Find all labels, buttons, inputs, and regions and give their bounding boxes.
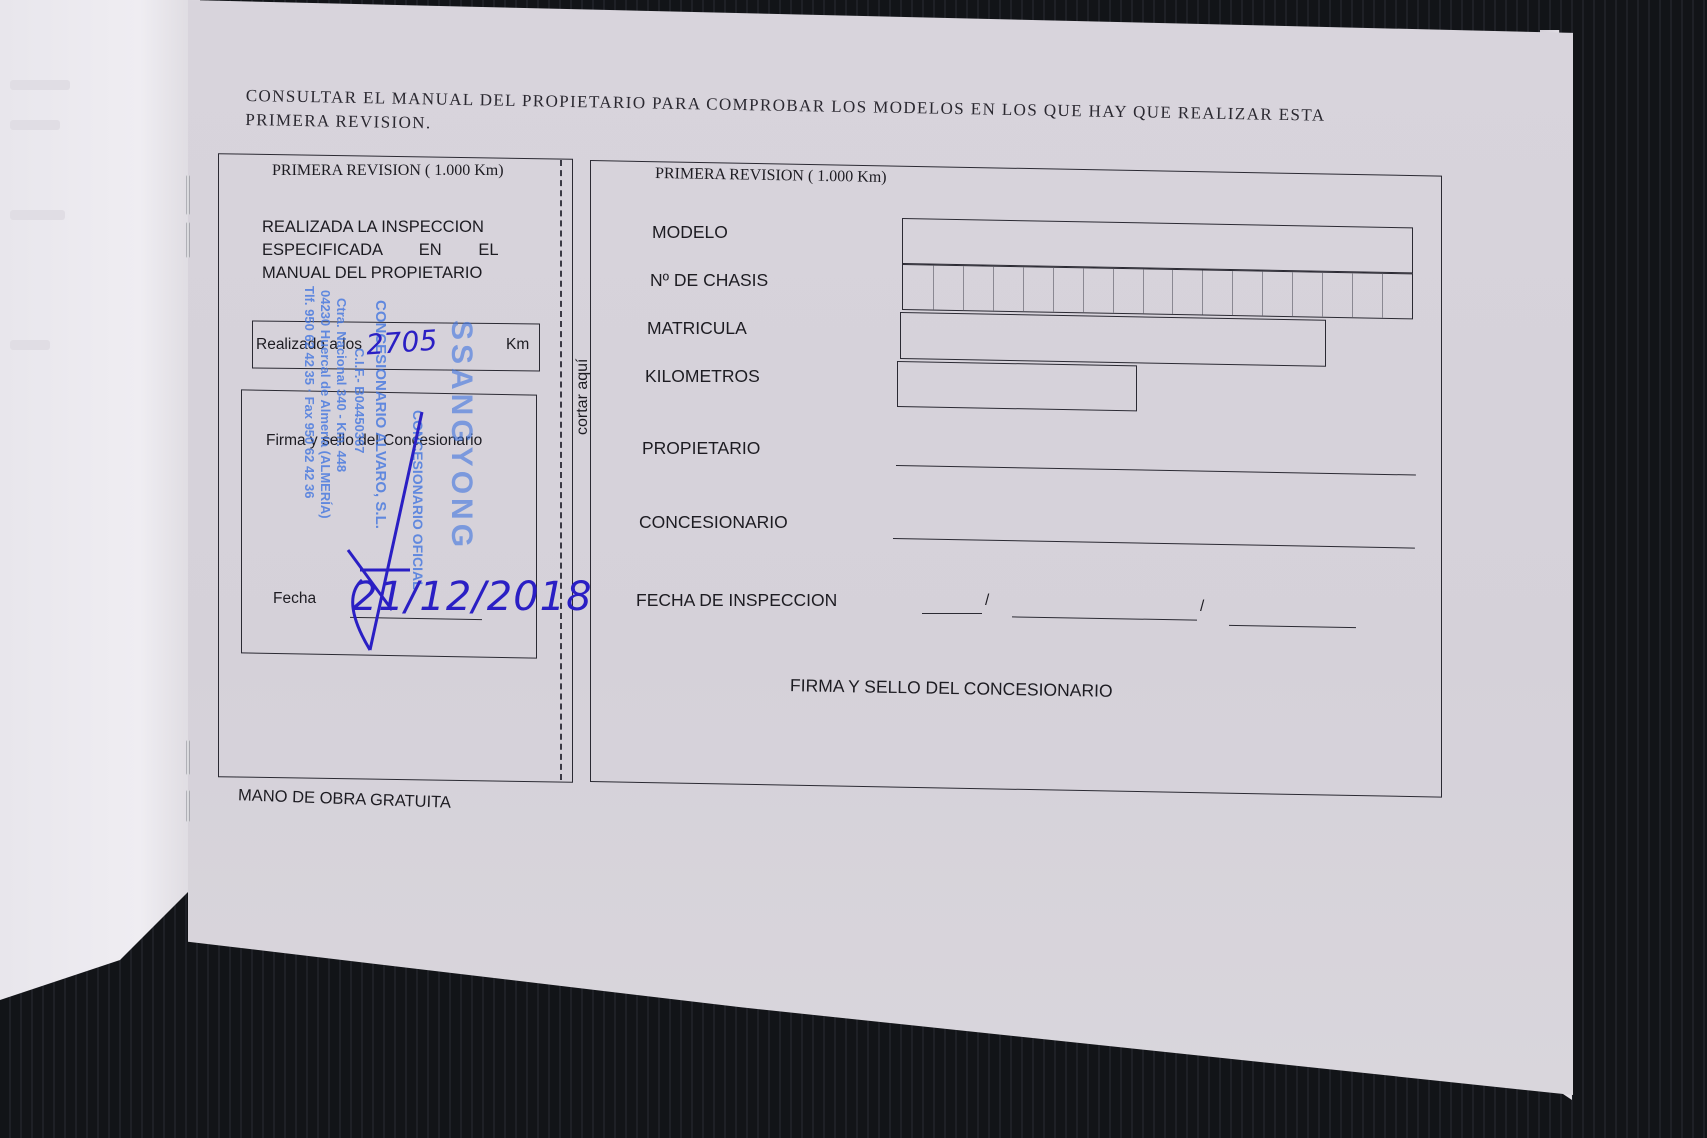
date-separator: / bbox=[1200, 598, 1204, 616]
chasis-cell-divider bbox=[1143, 269, 1144, 313]
chasis-cell-divider bbox=[933, 266, 934, 310]
chasis-cell-divider bbox=[1172, 270, 1173, 314]
date-separator: / bbox=[985, 592, 989, 610]
footer-note: MANO DE OBRA GRATUITA bbox=[238, 786, 452, 812]
coupon-title: PRIMERA REVISION ( 1.000 Km) bbox=[272, 162, 504, 180]
chasis-cell-divider bbox=[1023, 267, 1024, 311]
matricula-field[interactable] bbox=[900, 312, 1326, 367]
handwritten-km: 2705 bbox=[365, 324, 438, 362]
chasis-cell-divider bbox=[963, 266, 964, 310]
chasis-cell-divider bbox=[1113, 269, 1114, 313]
document-sheet: CONSULTAR EL MANUAL DEL PROPIETARIO PARA… bbox=[0, 0, 1707, 1138]
modelo-label: MODELO bbox=[652, 222, 728, 243]
matricula-label: MATRICULA bbox=[647, 318, 747, 339]
chasis-field[interactable] bbox=[902, 264, 1413, 319]
chasis-cell-divider bbox=[1232, 271, 1233, 315]
instructions-heading: CONSULTAR EL MANUAL DEL PROPIETARIO PARA… bbox=[245, 84, 1446, 154]
handwritten-signature bbox=[330, 400, 450, 670]
chasis-cell-divider bbox=[1053, 268, 1054, 312]
chasis-cell-divider bbox=[1322, 273, 1323, 317]
coupon-statement: REALIZADA LA INSPECCION ESPECIFICADA EN … bbox=[262, 216, 499, 285]
chasis-cell-divider bbox=[1352, 273, 1353, 317]
kilometros-label: KILOMETROS bbox=[645, 366, 760, 387]
propietario-label: PROPIETARIO bbox=[642, 438, 760, 459]
cut-line bbox=[560, 160, 562, 780]
concesionario-label: CONCESIONARIO bbox=[639, 512, 788, 533]
km-suffix-label: Km bbox=[506, 336, 529, 354]
kilometros-field[interactable] bbox=[897, 361, 1137, 411]
fecha-day-line[interactable] bbox=[922, 613, 982, 614]
stamp-phone-line: Tlf. 950 62 42 35 · Fax 950 62 42 36 bbox=[302, 286, 317, 498]
chasis-cell-divider bbox=[1083, 268, 1084, 312]
date-label: Fecha bbox=[273, 590, 316, 608]
fecha-inspeccion-label: FECHA DE INSPECCION bbox=[636, 590, 837, 611]
chasis-cell-divider bbox=[1262, 272, 1263, 316]
chasis-cell-divider bbox=[1202, 271, 1203, 315]
chasis-label: Nº DE CHASIS bbox=[650, 270, 768, 291]
chasis-cell-divider bbox=[993, 267, 994, 311]
chasis-cell-divider bbox=[1292, 272, 1293, 316]
chasis-cell-divider bbox=[1382, 274, 1383, 318]
